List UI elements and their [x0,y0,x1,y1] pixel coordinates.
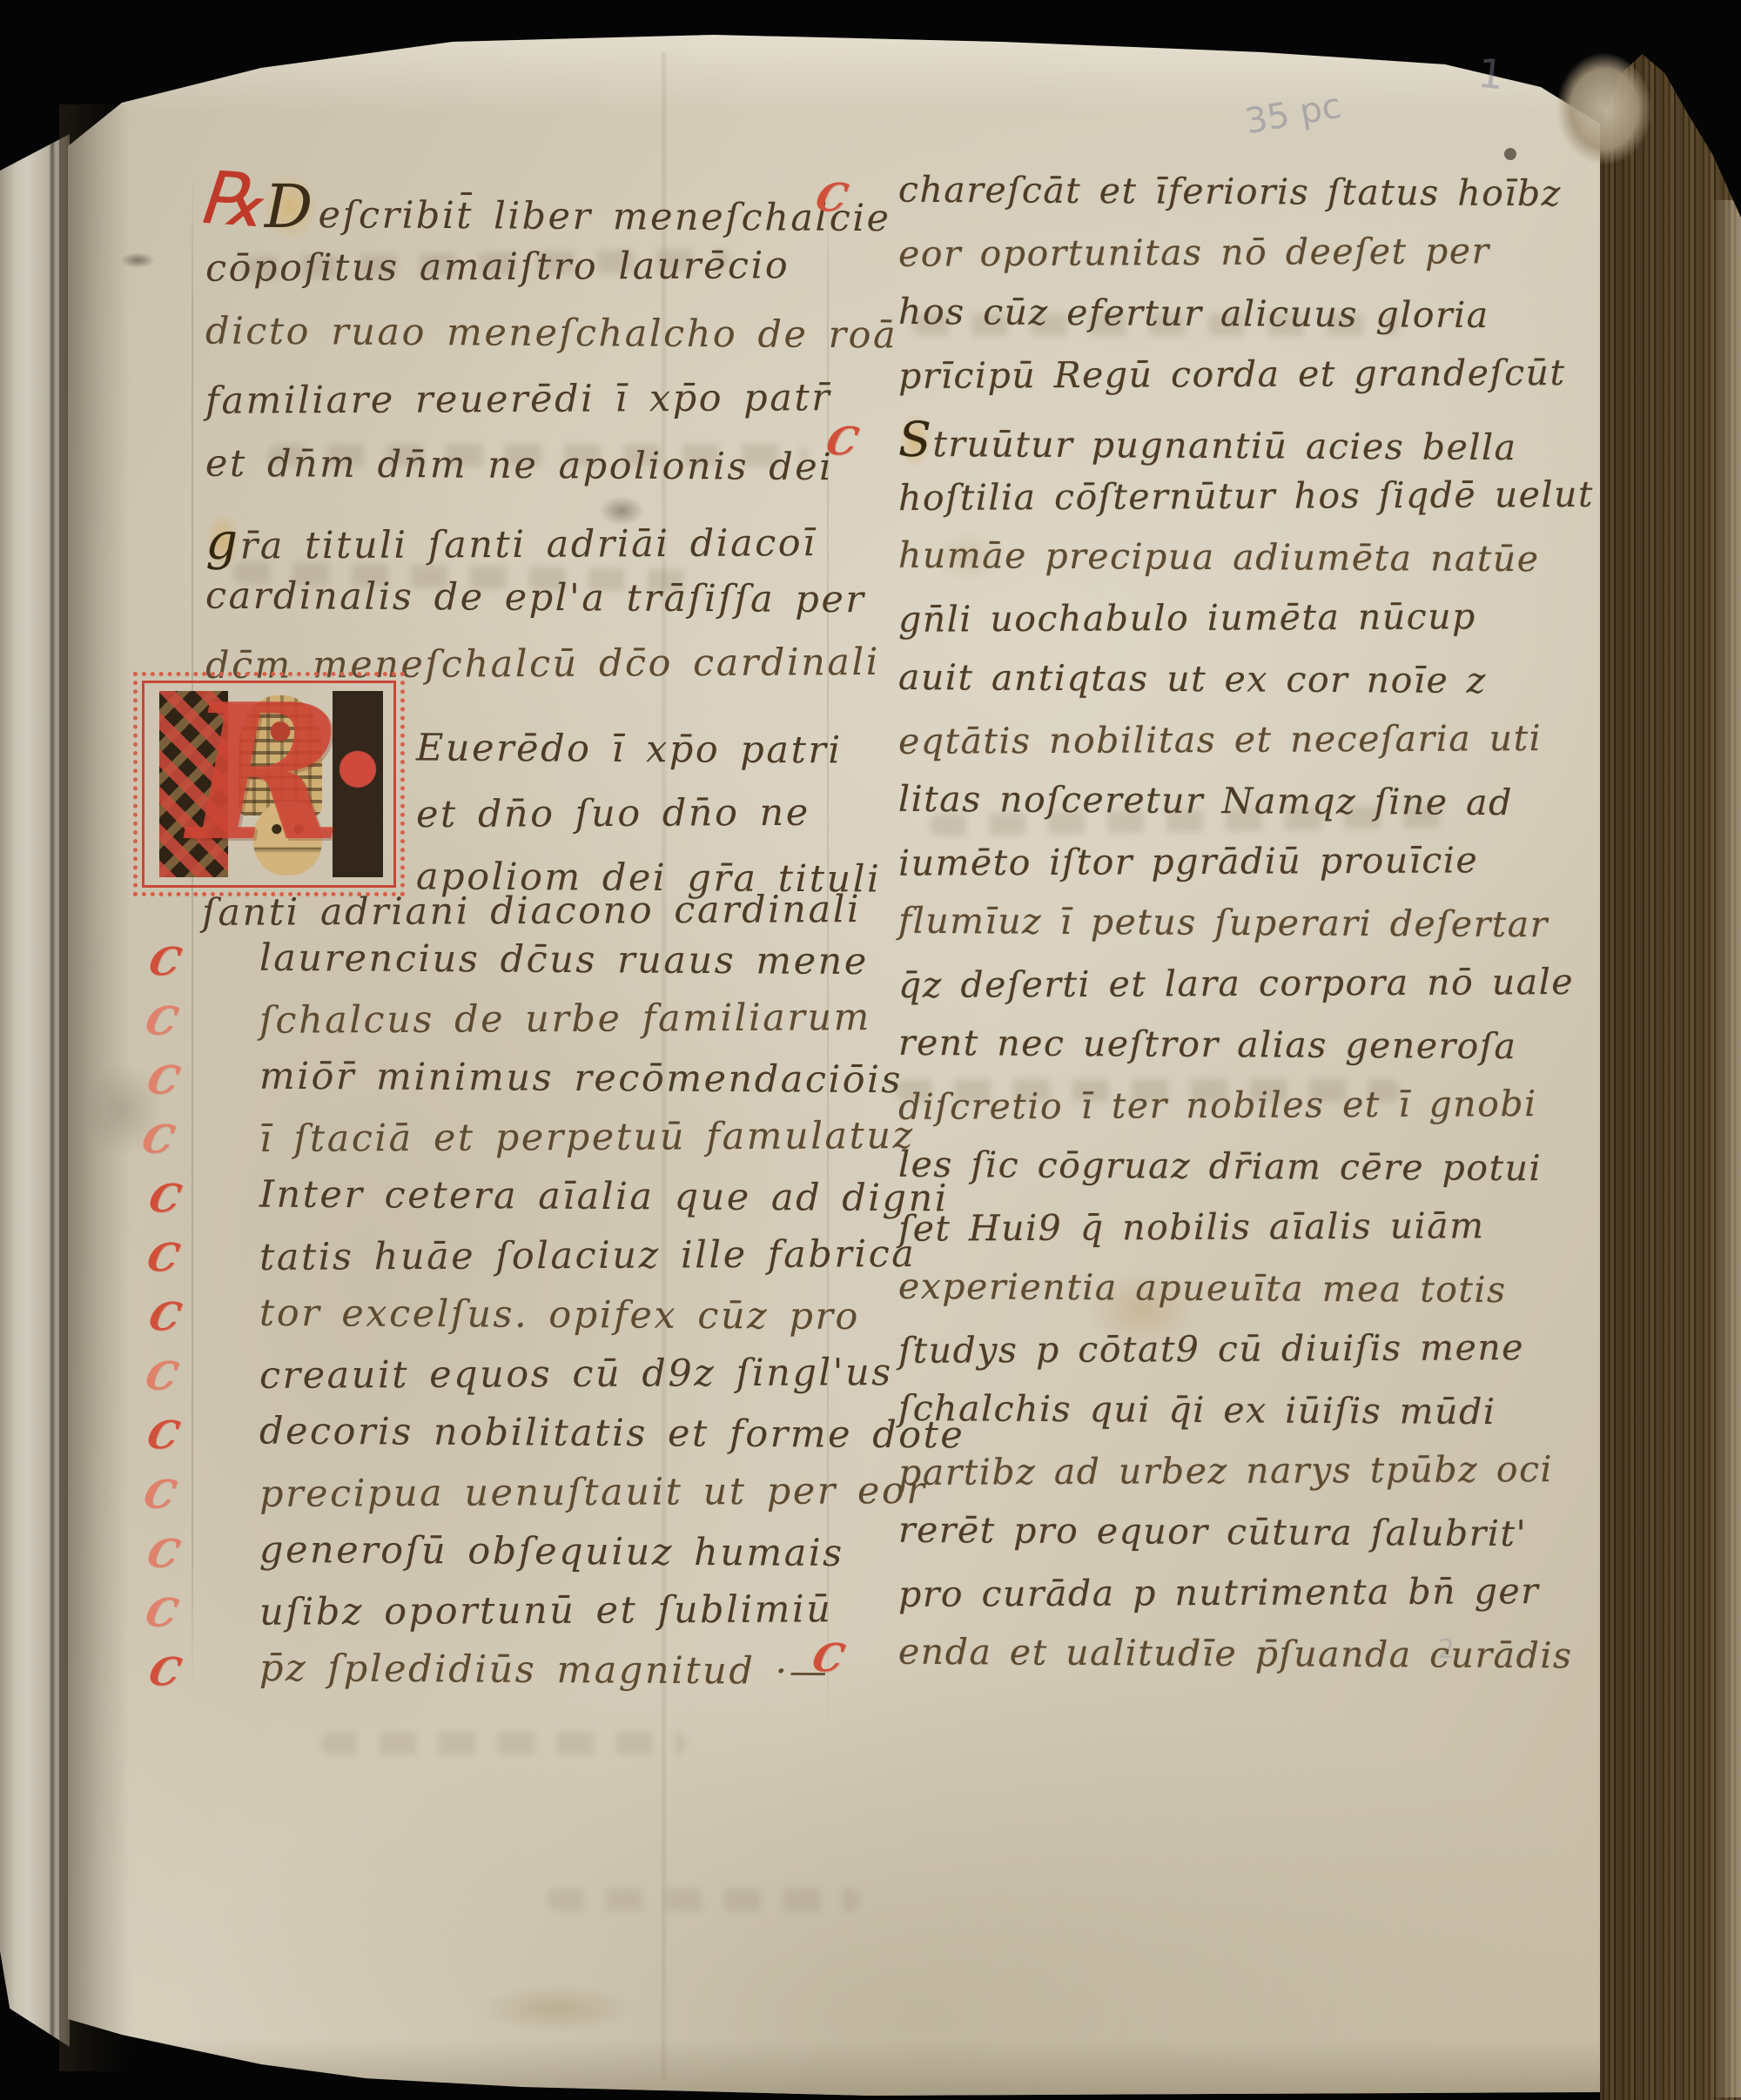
text-line: ſchalcus de urbe familiarum [259,996,871,1043]
text-line: eor oportunitas nō deeſet per [898,230,1490,275]
text-line: laurencius dc̄us ruaus mene [259,936,869,983]
text-line: gn̄li uochabulo iumēta nūcup [898,595,1476,640]
text-line: decoris nobilitatis et forme dote [259,1410,965,1458]
bleedthrough [320,1732,686,1754]
text-line: ſchalchis qui q̄i ex iūiſis mūdi [898,1387,1496,1432]
text-line: gr̄a tituli ſanti adriāi diacoī [205,508,817,571]
text-line: ſet Hui9 q̄ nobilis aīalis uiām [898,1204,1485,1250]
text-line: creauit equos cū d9z ſingl'us [259,1351,893,1398]
text-line: partibz ad urbez narys tpūbz oci [898,1448,1553,1493]
margin-ruling-left [192,165,193,1697]
text-line: humāe precipua adiumēta natūe [898,534,1540,580]
text-line: p̄z ſpledidiūs magnitud ·— [259,1647,829,1694]
text-line: chareſcāt et īferioris ſtatus hoībz [898,169,1562,215]
illuminated-initial-R: R [142,681,396,888]
speck [1504,148,1516,160]
text-line: Inter cetera aīalia que ad digni [259,1173,949,1221]
text-line: Euerēdo ī xp̄o patri [416,727,843,773]
text-line: uſibz oportunū et ſublimiū [259,1587,833,1634]
marginal-smudge [120,252,155,268]
stain [477,1984,634,2033]
text-line: experientia apueuīta mea totis [898,1265,1507,1311]
text-line: rerēt pro equor cūtura ſalubrit' [898,1509,1527,1554]
text-line: et dn̄m dn̄m ne apolionis dei [205,442,834,489]
text-line: et dn̄o ſuo dn̄o ne [416,791,810,836]
text-line: generoſū obſequiuz humais [259,1528,844,1575]
text-line: tatis huāe ſolaciuz ille fabrica [259,1232,917,1279]
bleedthrough [547,1889,860,1911]
text-line: flumīuz ī petus ſuperari deſertar [898,900,1549,946]
text-line: q̄z deſerti et lara corpora nō uale [898,961,1574,1006]
gutter-crease [49,129,56,2047]
text-line: miōr̄ minimus recōmendaciōis [259,1055,903,1103]
pencil-annotation-corner: 1 [1475,50,1506,99]
text-line: les ſic cōgruaz dr̄iam cēre potui [898,1144,1542,1190]
text-line: pro curāda p nutrimenta bn̄ ger [898,1570,1540,1615]
text-line: litas noſceretur Namqz ſine ad [898,778,1513,823]
text-line: ī ſtaciā et perpetuū famulatuz [259,1114,915,1161]
text-line: familiare reuerēdi ī xp̄o patr̄ [205,376,831,423]
pencil-annotation-bottom: 2 [1438,1634,1455,1665]
text-line: ſanti adriani diacono cardinali [202,888,861,935]
text-line: Deſcribit̄ liber meneſchalcie [261,172,891,245]
text-line: precipua uenuſtauit ut per eor [259,1469,927,1516]
text-line: cardinalis de epl'a trāſiſſa per [205,574,866,622]
text-line: iumēto iſtor pgrādiū prouīcie [898,839,1478,883]
text-line: ſtudys p cōtat9 cū diuiſis mene [898,1326,1524,1372]
text-line: rent nec ueſtror alias generoſa [898,1022,1517,1067]
text-line: enda et ualitudīe p̄ſuanda curādis [898,1631,1573,1677]
text-line: auit antiqtas ut ex cor noīe z [898,656,1487,701]
text-line: dicto ruao meneſchalcho de roā [205,310,897,358]
text-line: diſcretio ī ter nobiles et ī gnobi [898,1083,1537,1128]
text-line: eqtātis nobilitas et neceſaria uti [898,717,1542,762]
fore-edge-page-stack [1600,44,1741,2100]
text-line: cōpoſitus amaiſtro laurēcio [205,244,790,291]
text-line: hoſtilia cōſternūtur hos ſiqdē uelut [898,473,1594,519]
text-line: prīcipū Regū corda et grandeſcūt [898,352,1566,397]
manuscript-photo: ℞ Deſcribit̄ liber meneſchalcie cōpoſitu… [0,0,1741,2100]
text-line: hos cūz efertur alicuus gloria [898,291,1489,336]
rubric-rx-sign: ℞ [196,154,267,244]
facing-page-edge [0,129,70,2047]
text-line: tor excelſus. opifex cūz pro [259,1292,860,1338]
fore-edge-sheen [1711,200,1741,2097]
text-line: Struūtur pugnantiū acies bella [898,413,1517,472]
initial-letter: R [188,662,442,882]
